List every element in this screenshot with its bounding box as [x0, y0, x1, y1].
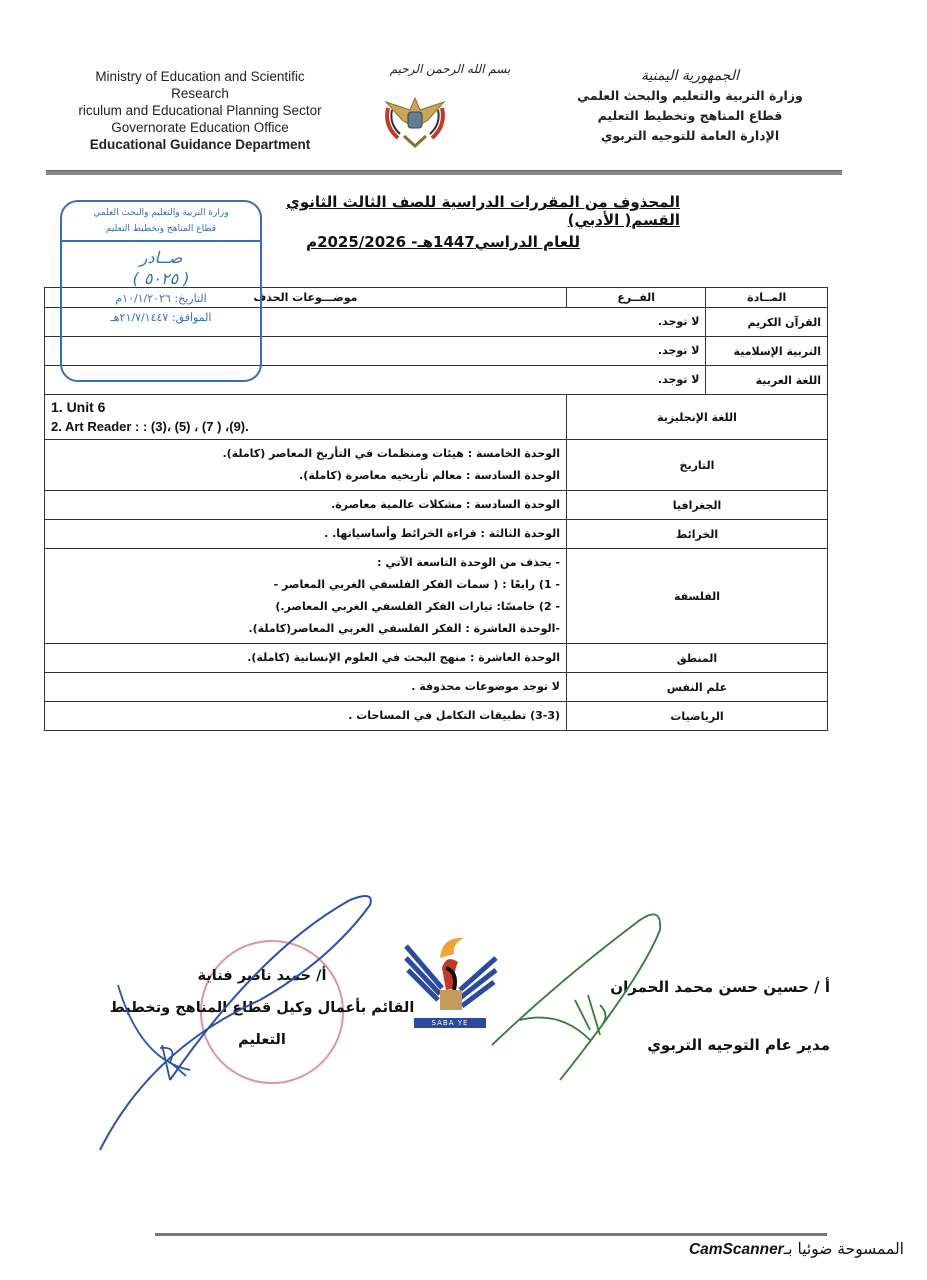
- signatory-left-name: أ/ حميد ناصر فناية: [92, 960, 432, 992]
- document-title: المحذوف من المقررات الدراسية للصف الثالث…: [270, 193, 680, 229]
- department-ar: الإدارة العامة للتوجيه التربوي: [540, 126, 840, 146]
- signature-right: أ / حسين حسن محمد الحمران مدير عام التوج…: [560, 958, 830, 1074]
- signatory-right-name: أ / حسين حسن محمد الحمران: [560, 958, 830, 1016]
- header-branch: الفــرع: [567, 288, 706, 308]
- content-line: الوحدة السادسة : معالم تأريخيه معاصرة (ك…: [51, 465, 560, 487]
- content-line: - يحذف من الوحدة التاسعة الآتي :: [51, 552, 560, 574]
- subject-cell: التاريخ: [567, 440, 828, 491]
- table-row: التاريخ الوحدة الخامسة : هيئات ومنظمات ف…: [45, 440, 828, 491]
- basmala: بسم الله الرحمن الرحيم: [350, 62, 550, 76]
- content-line: - 2) خامسًا: تيارات الفكر الفلسفي الغربي…: [51, 596, 560, 618]
- table-row: المنطق الوحدة العاشرة : منهج البحث في ال…: [45, 644, 828, 673]
- table-row: علم النفس لا توجد موضوعات محذوفة .: [45, 673, 828, 702]
- ministry-line-2: Research: [40, 85, 360, 102]
- document-subtitle: للعام الدراسي1447هـ- 2025/2026م: [260, 233, 580, 251]
- table-row: الرياضيات (3-3) تطبيقات التكامل في المسا…: [45, 702, 828, 731]
- signature-left: أ/ حميد ناصر فناية القائم بأعمال وكيل قط…: [92, 960, 432, 1056]
- subject-cell: الفلسفة: [567, 549, 828, 644]
- footer-divider: [155, 1233, 827, 1236]
- content-cell: الوحدة العاشرة : منهج البحث في العلوم ال…: [45, 644, 567, 673]
- saba-logo-label: SABA YE: [414, 1018, 486, 1028]
- content-line: 2. Art Reader : : (3)، (5) ، (7 ) ،(9).: [51, 417, 560, 436]
- stamp-outgoing-label: صــادر: [62, 248, 260, 267]
- subject-cell: الخرائط: [567, 520, 828, 549]
- subject-cell: اللغة الإنجليزية: [567, 395, 828, 440]
- stamp-divider: [62, 240, 260, 242]
- content-line: - 1) رابعًا : ( سمات الفكر الفلسفي الغرب…: [51, 574, 560, 596]
- scanned-with-label: الممسوحة ضوئيا بـ: [784, 1240, 904, 1258]
- yemen-emblem-icon: [380, 88, 450, 150]
- office-line: Governorate Education Office: [40, 119, 360, 136]
- republic-name: الجمهورية اليمنية: [540, 66, 840, 86]
- content-cell: لا توجد موضوعات محذوفة .: [45, 673, 567, 702]
- subject-cell: اللغة العربية: [706, 366, 828, 395]
- signatory-left-title-2: التعليم: [92, 1024, 432, 1056]
- stamp-ministry: وزارة التربية والتعليم والبحث العلمي: [62, 208, 260, 218]
- stamp-number: ( ٥٠٢٥ ): [62, 269, 260, 288]
- content-cell: الوحدة السادسة : مشكلات عالمية معاصرة.: [45, 491, 567, 520]
- sector-ar: قطاع المناهج وتخطيط التعليم: [540, 106, 840, 126]
- subject-cell: المنطق: [567, 644, 828, 673]
- subject-cell: القرآن الكريم: [706, 308, 828, 337]
- stamp-date: التاريخ: ١٠/١/٢٠٢٦م: [62, 292, 260, 305]
- scanner-brand: CamScanner: [689, 1241, 784, 1258]
- content-cell: (3-3) تطبيقات التكامل في المساحات .: [45, 702, 567, 731]
- content-line: -الوحدة العاشرة : الفكر الفلسفي العربي ا…: [51, 618, 560, 640]
- stamp-sector: قطاع المناهج وتخطيط التعليم: [62, 224, 260, 234]
- subject-cell: علم النفس: [567, 673, 828, 702]
- signatory-left-title: القائم بأعمال وكيل قطاع المناهج وتخطيط: [92, 992, 432, 1024]
- subject-cell: الجغرافيا: [567, 491, 828, 520]
- table-row: الفلسفة - يحذف من الوحدة التاسعة الآتي :…: [45, 549, 828, 644]
- content-cell: 1. Unit 6 2. Art Reader : : (3)، (5) ، (…: [45, 395, 567, 440]
- content-cell: الوحدة الخامسة : هيئات ومنظمات في التأري…: [45, 440, 567, 491]
- table-row: الخرائط الوحدة الثالثة : قراءة الخرائط و…: [45, 520, 828, 549]
- ministry-line-1: Ministry of Education and Scientific: [40, 68, 360, 85]
- header-arabic: الجمهورية اليمنية وزارة التربية والتعليم…: [540, 66, 840, 146]
- content-cell: - يحذف من الوحدة التاسعة الآتي : - 1) را…: [45, 549, 567, 644]
- header-english: Ministry of Education and Scientific Res…: [40, 68, 360, 153]
- saba-logo-icon: [402, 928, 500, 1020]
- header-subject: المــادة: [706, 288, 828, 308]
- ministry-ar: وزارة التربية والتعليم والبحث العلمي: [540, 86, 840, 106]
- subject-cell: الرياضيات: [567, 702, 828, 731]
- header-divider: [46, 170, 842, 175]
- sector-line: riculum and Educational Planning Sector: [40, 102, 360, 119]
- content-cell: الوحدة الثالثة : قراءة الخرائط وأساسياته…: [45, 520, 567, 549]
- content-line: الوحدة الخامسة : هيئات ومنظمات في التأري…: [51, 443, 560, 465]
- registry-stamp: وزارة التربية والتعليم والبحث العلمي قطا…: [60, 200, 262, 382]
- table-row: الجغرافيا الوحدة السادسة : مشكلات عالمية…: [45, 491, 828, 520]
- department-line: Educational Guidance Department: [40, 136, 360, 153]
- stamp-hijri-date: الموافق: ٢١/٧/١٤٤٧هـ: [62, 311, 260, 324]
- scanner-watermark: الممسوحة ضوئيا بـCamScanner: [614, 1240, 904, 1259]
- subject-cell: التربية الإسلامية: [706, 337, 828, 366]
- content-line: 1. Unit 6: [51, 398, 560, 417]
- signatory-right-title: مدير عام التوجيه التربوي: [560, 1016, 830, 1074]
- table-row: اللغة الإنجليزية 1. Unit 6 2. Art Reader…: [45, 395, 828, 440]
